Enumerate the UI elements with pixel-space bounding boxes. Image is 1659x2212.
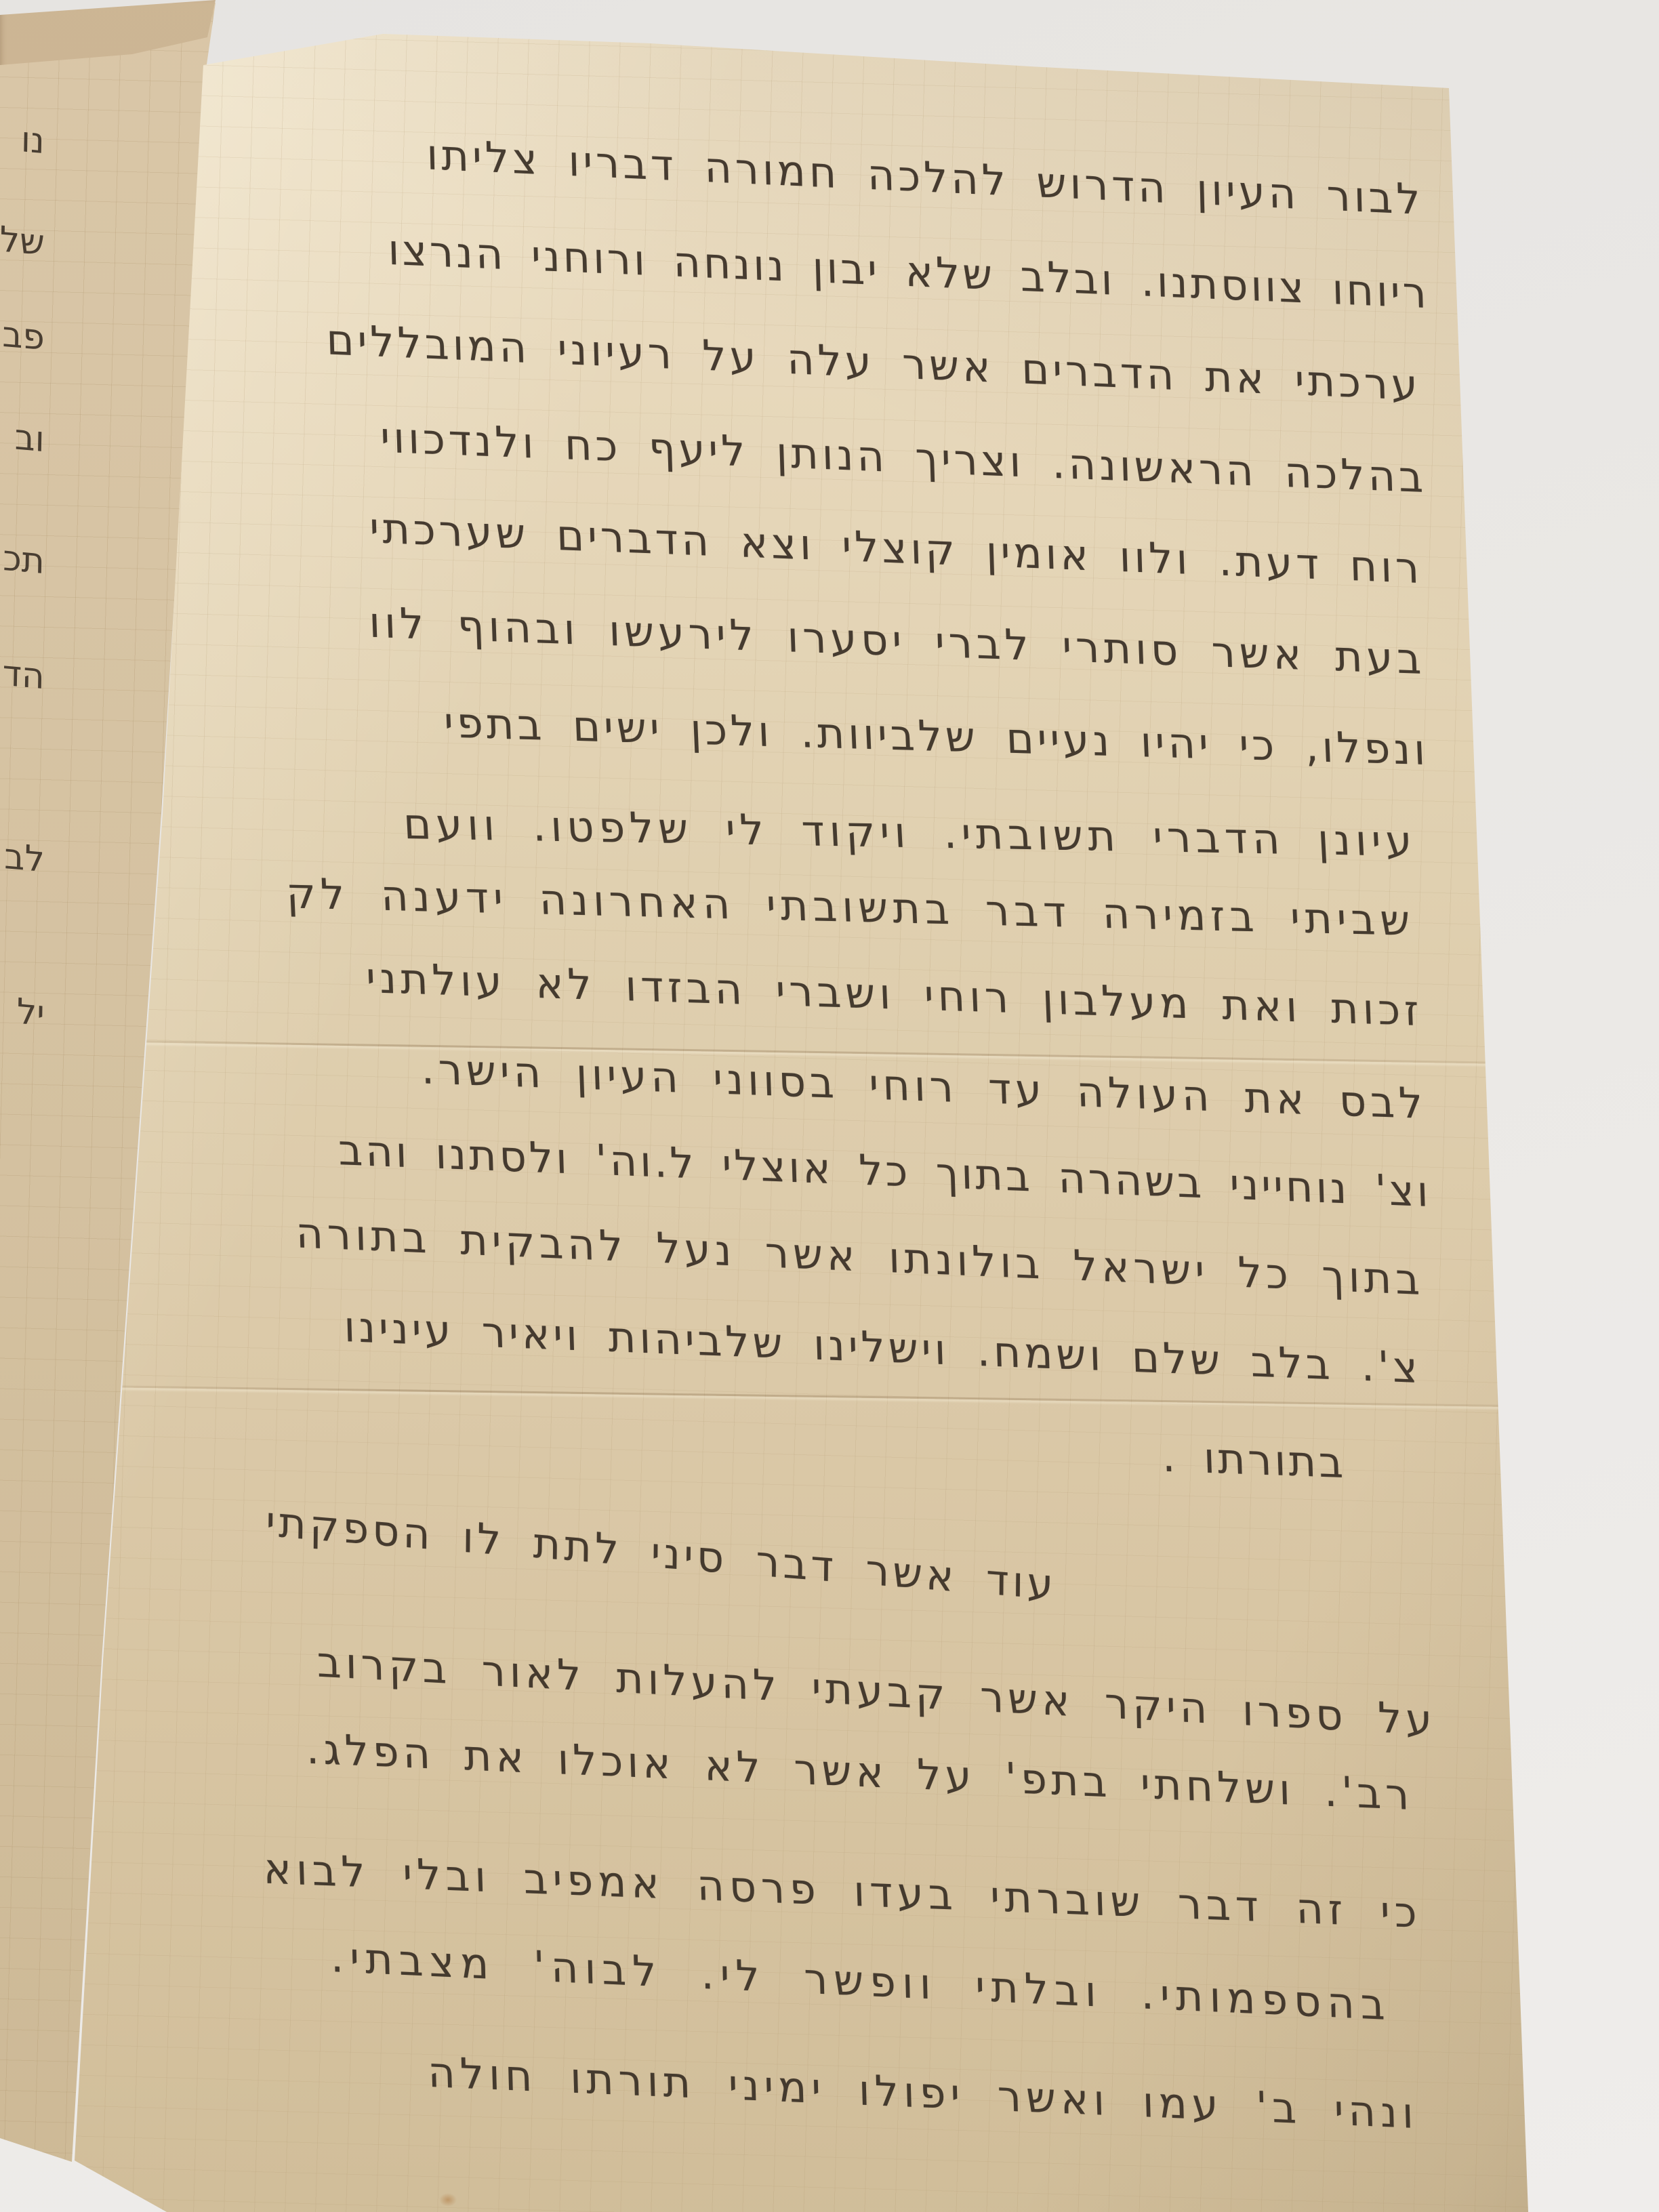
- photo-background: נו של פב וב תכ הד לב יל לבור העיון הדרוש…: [0, 0, 1659, 2212]
- back-sheet-line-fragment: של: [0, 218, 45, 264]
- handwriting-line: על ספרו היקר אשר קבעתי להעלות לאור בקרוב: [316, 1637, 1436, 1745]
- back-sheet-line-fragment: וב: [0, 414, 45, 461]
- handwriting-line: לבס את העולה עד רוחי בסווני העיון הישר.: [420, 1044, 1428, 1128]
- back-sheet-line-fragment: תכ: [0, 536, 45, 583]
- handwriting-line: בעת אשר סותרי לברי יסערו לירעשו ובהוף לו…: [368, 598, 1426, 684]
- handwriting-line: בהלכה הראשונה. וצריך הנותן ליעף כח ולנדכ…: [380, 413, 1427, 502]
- handwriting: לבור העיון הדרוש להלכה חמורה דבריו צליתו…: [0, 0, 1659, 2212]
- handwriting-line: זכות ואת מעלבון רוחי ושברי הבזדו לא עולת…: [365, 953, 1424, 1036]
- back-sheet-line-fragment: הד: [0, 651, 45, 698]
- letter-sheet: לבור העיון הדרוש להלכה חמורה דבריו צליתו…: [0, 0, 1659, 2212]
- handwriting-line: ונפלו, כי יהיו נעיים שלביוות. ולכן ישים …: [443, 697, 1429, 775]
- back-sheet-line-fragment: יל: [0, 988, 45, 1035]
- handwriting-line: שביתי בזמירה דבר בתשובתי האחרונה ידענה ל…: [285, 868, 1416, 945]
- handwriting-line: בתוך כל ישראל בולונתו אשר נעל להבקית בתו…: [295, 1208, 1425, 1305]
- back-sheet-line-fragment: נו: [0, 116, 45, 163]
- handwriting-line: ערכתי את הדברים אשר עלה על רעיוני המובלל…: [326, 314, 1422, 410]
- handwriting-line: בתורתו .: [1162, 1432, 1347, 1488]
- back-sheet-line-fragment: פב: [0, 312, 45, 359]
- handwriting-line: וצ' נוחייני בשהרה בתוך כל אוצלי ל.וה' ול…: [337, 1125, 1431, 1216]
- handwriting-line: צ'. בלב שלם ושמח. וישלינו שלביהות ויאיר …: [344, 1302, 1422, 1393]
- handwriting-line: ריוחו צווסתנו. ובלב שלא יבון נונחה ורוחנ…: [388, 225, 1430, 319]
- handwriting-line: רוח דעת. ולוו אומין קוצלי וצא הדברים שער…: [369, 503, 1423, 593]
- handwriting-line: לבור העיון הדרוש להלכה חמורה דבריו צליתו: [426, 129, 1425, 224]
- handwriting-line: עיונן הדברי תשובתי. ויקוד לי שלפטו. וועם: [402, 799, 1418, 866]
- back-sheet-line-fragment: לב: [0, 834, 45, 881]
- handwriting-line: כי זה דבר שוברתי בעדו פרסה אמפיב ובלי לב…: [262, 1843, 1422, 1938]
- handwriting-line: עוד אשר דבר סיני לתת לו הספקתי: [266, 1496, 1057, 1610]
- handwriting-line: רב'. ושלחתי בתפ' על אשר לא אוכלו את הפלג…: [305, 1724, 1414, 1820]
- handwriting-line: בהספמותי. ובלתי וופשר לי. לבוה' מצבתי.: [330, 1932, 1392, 2030]
- handwriting-line: ונהי ב' עמו ואשר יפולו ימיני תורתו חולה: [428, 2047, 1419, 2138]
